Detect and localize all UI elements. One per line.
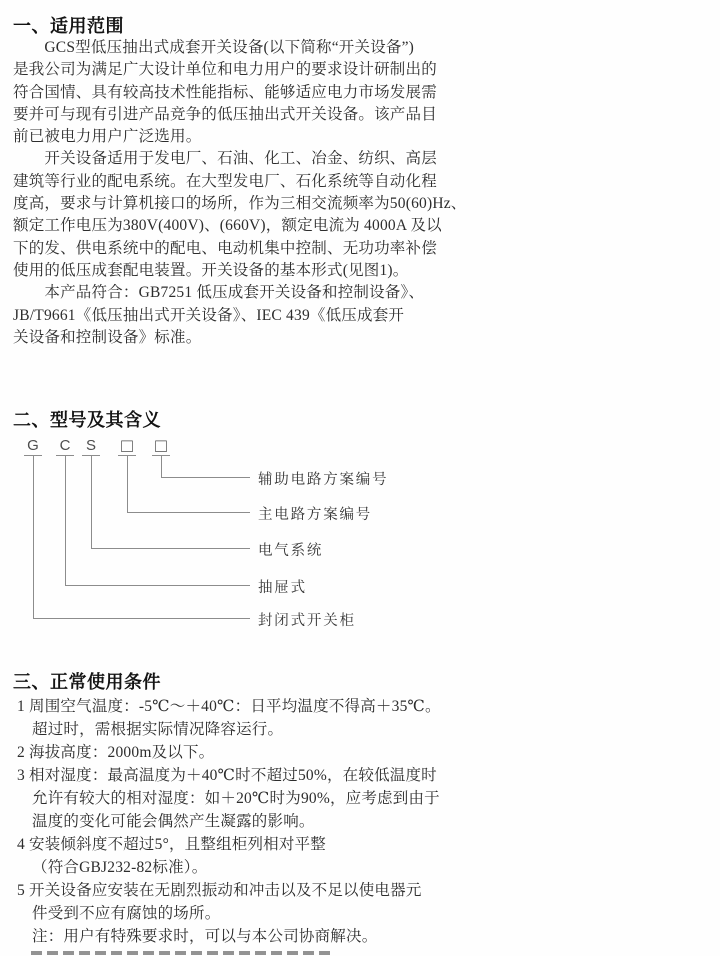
text-line: 前已被电力用户广泛选用。: [13, 126, 415, 148]
model-box-icon: □: [149, 439, 173, 455]
text-line: 注：用户有特殊要求时，可以与本公司协商解决。: [17, 925, 415, 948]
text-line: 本产品符合：GB7251 低压成套开关设备和控制设备》、: [13, 282, 415, 304]
text-line: 下的发、供电系统中的配电、电动机集中控制、无功功率补偿: [13, 238, 415, 260]
text-line: 件受到不应有腐蚀的场所。: [17, 902, 415, 925]
section2-heading: 二、型号及其含义: [13, 406, 161, 432]
condition-item-humidity: 3 相对湿度：最高温度为＋40℃时不超过50%，在较低温度时允许有较大的相对湿度…: [17, 764, 415, 833]
text-line: JB/T9661《低压抽出式开关设备》、IEC 439《低压成套开: [13, 305, 415, 327]
condition-item-vibration: 5 开关设备应安装在无剧烈振动和冲击以及不足以使电器元件受到不应有腐蚀的场所。: [17, 879, 415, 925]
connector-line: [161, 456, 162, 477]
text-line: 符合国情、具有较高技术性能指标、能够适应电力市场发展需: [13, 82, 415, 104]
model-leg-auxiliary-circuit: □ 辅助电路方案编号: [13, 437, 443, 655]
section1-body: GCS型低压抽出式成套开关设备(以下简称“开关设备”)是我公司为满足广大设计单位…: [13, 37, 415, 349]
text-line: 是我公司为满足广大设计单位和电力用户的要求设计研制出的: [13, 59, 415, 81]
text-line: 度高，要求与计算机接口的场所，作为三相交流频率为50(60)Hz、: [13, 193, 415, 215]
text-line: 5 开关设备应安装在无剧烈振动和冲击以及不足以使电器元: [17, 879, 415, 902]
text-line: 温度的变化可能会偶然产生凝露的影响。: [17, 810, 415, 833]
text-line: 1 周围空气温度：-5℃～＋40℃：日平均温度不得高＋35℃。: [17, 695, 415, 718]
text-line: 2 海拔高度：2000m及以下。: [17, 741, 415, 764]
section3-heading: 三、正常使用条件: [13, 668, 161, 694]
text-line: 3 相对湿度：最高温度为＋40℃时不超过50%，在较低温度时: [17, 764, 415, 787]
connector-line: [161, 477, 250, 478]
cutoff-text-artifact: [31, 951, 334, 955]
model-label: 辅助电路方案编号: [258, 468, 388, 489]
condition-item-temperature: 1 周围空气温度：-5℃～＋40℃：日平均温度不得高＋35℃。超过时，需根据实际…: [17, 695, 415, 741]
text-line: 4 安装倾斜度不超过5°，且整组柜列相对平整: [17, 833, 415, 856]
condition-note: 注：用户有特殊要求时，可以与本公司协商解决。: [17, 925, 415, 948]
section1-heading: 一、适用范围: [13, 12, 124, 38]
model-designation-diagram: G 封闭式开关柜 C 抽屉式 S 电气系统 □ 主电路方案编号: [13, 437, 443, 655]
condition-item-tilt: 4 安装倾斜度不超过5°，且整组柜列相对平整（符合GBJ232-82标准）。: [17, 833, 415, 879]
text-line: 建筑等行业的配电系统。在大型发电厂、石化系统等自动化程: [13, 171, 415, 193]
text-line: 额定工作电压为380V(400V)、(660V)，额定电流为 4000A 及以: [13, 215, 415, 237]
document-page: 一、适用范围 GCS型低压抽出式成套开关设备(以下简称“开关设备”)是我公司为满…: [0, 0, 720, 956]
text-line: 关设备和控制设备》标准。: [13, 327, 415, 349]
paragraph-scope-intro: GCS型低压抽出式成套开关设备(以下简称“开关设备”)是我公司为满足广大设计单位…: [13, 37, 415, 148]
text-line: 开关设备适用于发电厂、石油、化工、冶金、纺织、高层: [13, 148, 415, 170]
text-line: 超过时，需根据实际情况降容运行。: [17, 718, 415, 741]
text-line: （符合GBJ232-82标准）。: [17, 856, 415, 879]
paragraph-standards: 本产品符合：GB7251 低压成套开关设备和控制设备》、JB/T9661《低压抽…: [13, 282, 415, 349]
text-line: 要并可与现有引进产品竞争的低压抽出式开关设备。该产品目: [13, 104, 415, 126]
section3-body: 1 周围空气温度：-5℃～＋40℃：日平均温度不得高＋35℃。超过时，需根据实际…: [17, 695, 415, 948]
text-line: 允许有较大的相对湿度：如＋20℃时为90%，应考虑到由于: [17, 787, 415, 810]
text-line: GCS型低压抽出式成套开关设备(以下简称“开关设备”): [13, 37, 415, 59]
text-line: 使用的低压成套配电装置。开关设备的基本形式(见图1)。: [13, 260, 415, 282]
paragraph-applications: 开关设备适用于发电厂、石油、化工、冶金、纺织、高层建筑等行业的配电系统。在大型发…: [13, 148, 415, 282]
condition-item-altitude: 2 海拔高度：2000m及以下。: [17, 741, 415, 764]
